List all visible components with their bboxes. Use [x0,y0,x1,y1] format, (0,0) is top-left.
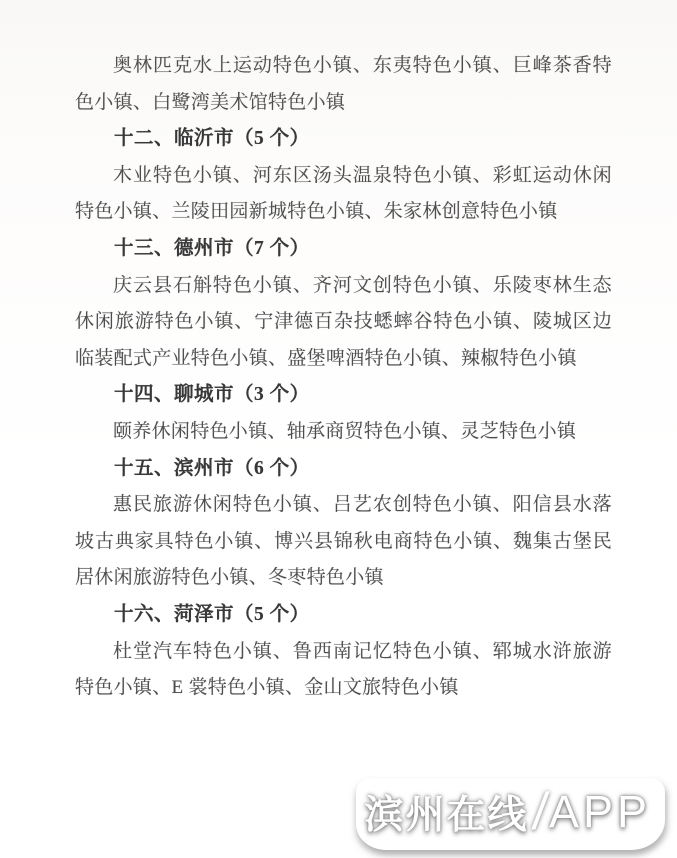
section-body-dezhou: 庆云县石斛特色小镇、齐河文创特色小镇、乐陵枣林生态休闲旅游特色小镇、宁津德百杂技… [75,268,612,378]
section-heading-liaocheng: 十四、聊城市（3 个） [75,377,612,414]
section-heading-dezhou: 十三、德州市（7 个） [75,231,612,268]
section-heading-binzhou: 十五、滨州市（6 个） [75,451,612,488]
watermark-cn-text: 滨州在线 [364,784,528,840]
section-heading-linyi: 十二、临沂市（5 个） [75,121,612,158]
document-page: 奥林匹克水上运动特色小镇、东夷特色小镇、巨峰茶香特色小镇、白鹭湾美术馆特色小镇 … [75,48,612,707]
intro-paragraph: 奥林匹克水上运动特色小镇、东夷特色小镇、巨峰茶香特色小镇、白鹭湾美术馆特色小镇 [75,48,612,121]
section-body-linyi: 木业特色小镇、河东区汤头温泉特色小镇、彩虹运动休闲特色小镇、兰陵田园新城特色小镇… [75,158,612,231]
section-body-heze: 杜堂汽车特色小镇、鲁西南记忆特色小镇、郓城水浒旅游特色小镇、E 裳特色小镇、金山… [75,634,612,707]
section-heading-heze: 十六、菏泽市（5 个） [75,597,612,634]
watermark-slash: / [529,782,550,842]
watermark-en-text: APP [549,786,651,838]
watermark-logo: 滨州在线 / APP [354,778,665,852]
section-body-liaocheng: 颐养休闲特色小镇、轴承商贸特色小镇、灵芝特色小镇 [75,414,612,451]
section-body-binzhou: 惠民旅游休闲特色小镇、吕艺农创特色小镇、阳信县水落坡古典家具特色小镇、博兴县锦秋… [75,487,612,597]
